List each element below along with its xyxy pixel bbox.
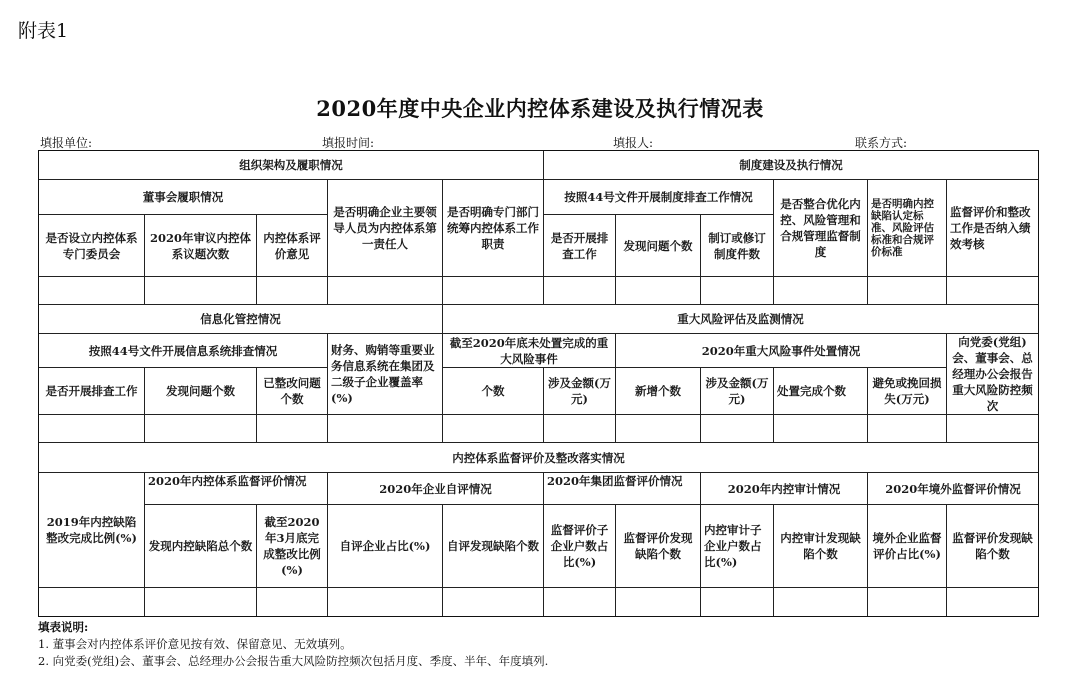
input-cell[interactable] — [946, 276, 1039, 305]
input-cell[interactable] — [773, 276, 868, 305]
doc44-col-revised: 制订或修订制度件数 — [700, 214, 774, 277]
input-cell[interactable] — [256, 276, 328, 305]
undisposed-col-amount: 涉及金额(万元) — [543, 367, 616, 415]
doc44-system-group: 按照44号文件开展制度排查工作情况 — [543, 179, 774, 215]
input-cell[interactable] — [700, 276, 774, 305]
dept-responsibility-col: 是否明确专门部门统筹内控体系工作职责 — [442, 179, 544, 277]
rect-2019-col: 2019年内控缺陷整改完成比例(%) — [38, 472, 145, 588]
handle-col-loss: 避免或挽回损失(万元) — [867, 367, 947, 415]
it44-group: 按照44号文件开展信息系统排查情况 — [38, 333, 328, 368]
it44-col-check: 是否开展排查工作 — [38, 367, 145, 415]
input-cell[interactable] — [543, 414, 616, 443]
audit-col-ratio: 内控审计子企业户数占比(%) — [700, 504, 774, 588]
it44-col-issues: 发现问题个数 — [144, 367, 257, 415]
board-col-committee: 是否设立内控体系专门委员会 — [38, 214, 145, 277]
input-cell[interactable] — [867, 414, 947, 443]
group-col-ratio: 监督评价子企业户数占比(%) — [543, 504, 616, 588]
input-cell[interactable] — [946, 414, 1039, 443]
leader-responsibility-col: 是否明确企业主要领导人员为内控体系第一责任人 — [327, 179, 443, 277]
contact-label: 联系方式: — [855, 134, 907, 151]
input-cell[interactable] — [327, 414, 443, 443]
group-col-defects: 监督评价发现缺陷个数 — [615, 504, 701, 588]
audit-col-defects: 内控审计发现缺陷个数 — [773, 504, 868, 588]
input-cell[interactable] — [773, 414, 868, 443]
input-cell[interactable] — [543, 587, 616, 617]
standard-col: 是否明确内控缺陷认定标准、风险评估标准和合规评价标准 — [867, 179, 947, 277]
major-risk-header: 重大风险评估及监测情况 — [442, 304, 1039, 334]
eval-2020-group: 2020年内控体系监督评价情况 — [144, 472, 328, 505]
overseas-group: 2020年境外监督评价情况 — [867, 472, 1039, 505]
risk-handle-group: 2020年重大风险事件处置情况 — [615, 333, 947, 368]
input-cell[interactable] — [327, 587, 443, 617]
input-cell[interactable] — [615, 276, 701, 305]
fill-unit-label: 填报单位: — [40, 134, 92, 151]
supervision-header: 内控体系监督评价及整改落实情况 — [38, 442, 1039, 473]
input-cell[interactable] — [256, 587, 328, 617]
input-cell[interactable] — [773, 587, 868, 617]
it44-col-fixed: 已整改问题个数 — [256, 367, 328, 415]
appendix-label: 附表1 — [18, 16, 68, 43]
org-structure-header: 组织架构及履职情况 — [38, 150, 544, 180]
input-cell[interactable] — [867, 587, 947, 617]
integrate-col: 是否整合优化内控、风险管理和合规管理监督制度 — [773, 179, 868, 277]
eval-col-rate: 截至2020年3月底完成整改比例(%) — [256, 504, 328, 588]
note-item: 2. 向党委(党组)会、董事会、总经理办公会报告重大风险防控频次包括月度、季度、… — [38, 653, 548, 669]
coverage-col: 财务、购销等重要业务信息系统在集团及二级子企业覆盖率(%) — [327, 333, 443, 415]
input-cell[interactable] — [327, 276, 443, 305]
input-cell[interactable] — [946, 587, 1039, 617]
input-cell[interactable] — [38, 414, 145, 443]
overseas-col-ratio: 境外企业监督评价占比(%) — [867, 504, 947, 588]
handle-col-new: 新增个数 — [615, 367, 701, 415]
handle-col-amount: 涉及金额(万元) — [700, 367, 774, 415]
page-title: 2020年度中央企业内控体系建设及执行情况表 — [0, 93, 1080, 123]
self-col-defects: 自评发现缺陷个数 — [442, 504, 544, 588]
input-cell[interactable] — [442, 276, 544, 305]
board-col-opinion: 内控体系评价意见 — [256, 214, 328, 277]
input-cell[interactable] — [144, 587, 257, 617]
fill-time-label: 填报时间: — [322, 134, 374, 151]
it-control-header: 信息化管控情况 — [38, 304, 443, 334]
report-frequency-col: 向党委(党组)会、董事会、总经理办公会报告重大风险防控频次 — [946, 333, 1039, 415]
input-cell[interactable] — [144, 414, 257, 443]
input-cell[interactable] — [867, 276, 947, 305]
input-cell[interactable] — [700, 587, 774, 617]
doc44-col-check: 是否开展排查工作 — [543, 214, 616, 277]
note-item: 1. 董事会对内控体系评价意见按有效、保留意见、无效填列。 — [38, 636, 352, 652]
input-cell[interactable] — [442, 414, 544, 443]
input-cell[interactable] — [38, 276, 145, 305]
self-eval-group: 2020年企业自评情况 — [327, 472, 544, 505]
input-cell[interactable] — [700, 414, 774, 443]
undisposed-risk-group: 截至2020年底未处置完成的重大风险事件 — [442, 333, 616, 368]
input-cell[interactable] — [256, 414, 328, 443]
board-duty-group: 董事会履职情况 — [38, 179, 328, 215]
doc44-col-issues: 发现问题个数 — [615, 214, 701, 277]
handle-col-done: 处置完成个数 — [773, 367, 868, 415]
input-cell[interactable] — [144, 276, 257, 305]
system-construction-header: 制度建设及执行情况 — [543, 150, 1039, 180]
undisposed-col-count: 个数 — [442, 367, 544, 415]
input-cell[interactable] — [442, 587, 544, 617]
input-cell[interactable] — [615, 587, 701, 617]
input-cell[interactable] — [543, 276, 616, 305]
notes-heading: 填表说明: — [38, 619, 88, 635]
audit-group: 2020年内控审计情况 — [700, 472, 868, 505]
performance-col: 监督评价和整改工作是否纳入绩效考核 — [946, 179, 1039, 277]
self-col-ratio: 自评企业占比(%) — [327, 504, 443, 588]
fill-person-label: 填报人: — [613, 134, 653, 151]
eval-col-defects: 发现内控缺陷总个数 — [144, 504, 257, 588]
board-col-sessions: 2020年审议内控体系议题次数 — [144, 214, 257, 277]
overseas-col-defects: 监督评价发现缺陷个数 — [946, 504, 1039, 588]
input-cell[interactable] — [38, 587, 145, 617]
group-eval-group: 2020年集团监督评价情况 — [543, 472, 701, 505]
input-cell[interactable] — [615, 414, 701, 443]
